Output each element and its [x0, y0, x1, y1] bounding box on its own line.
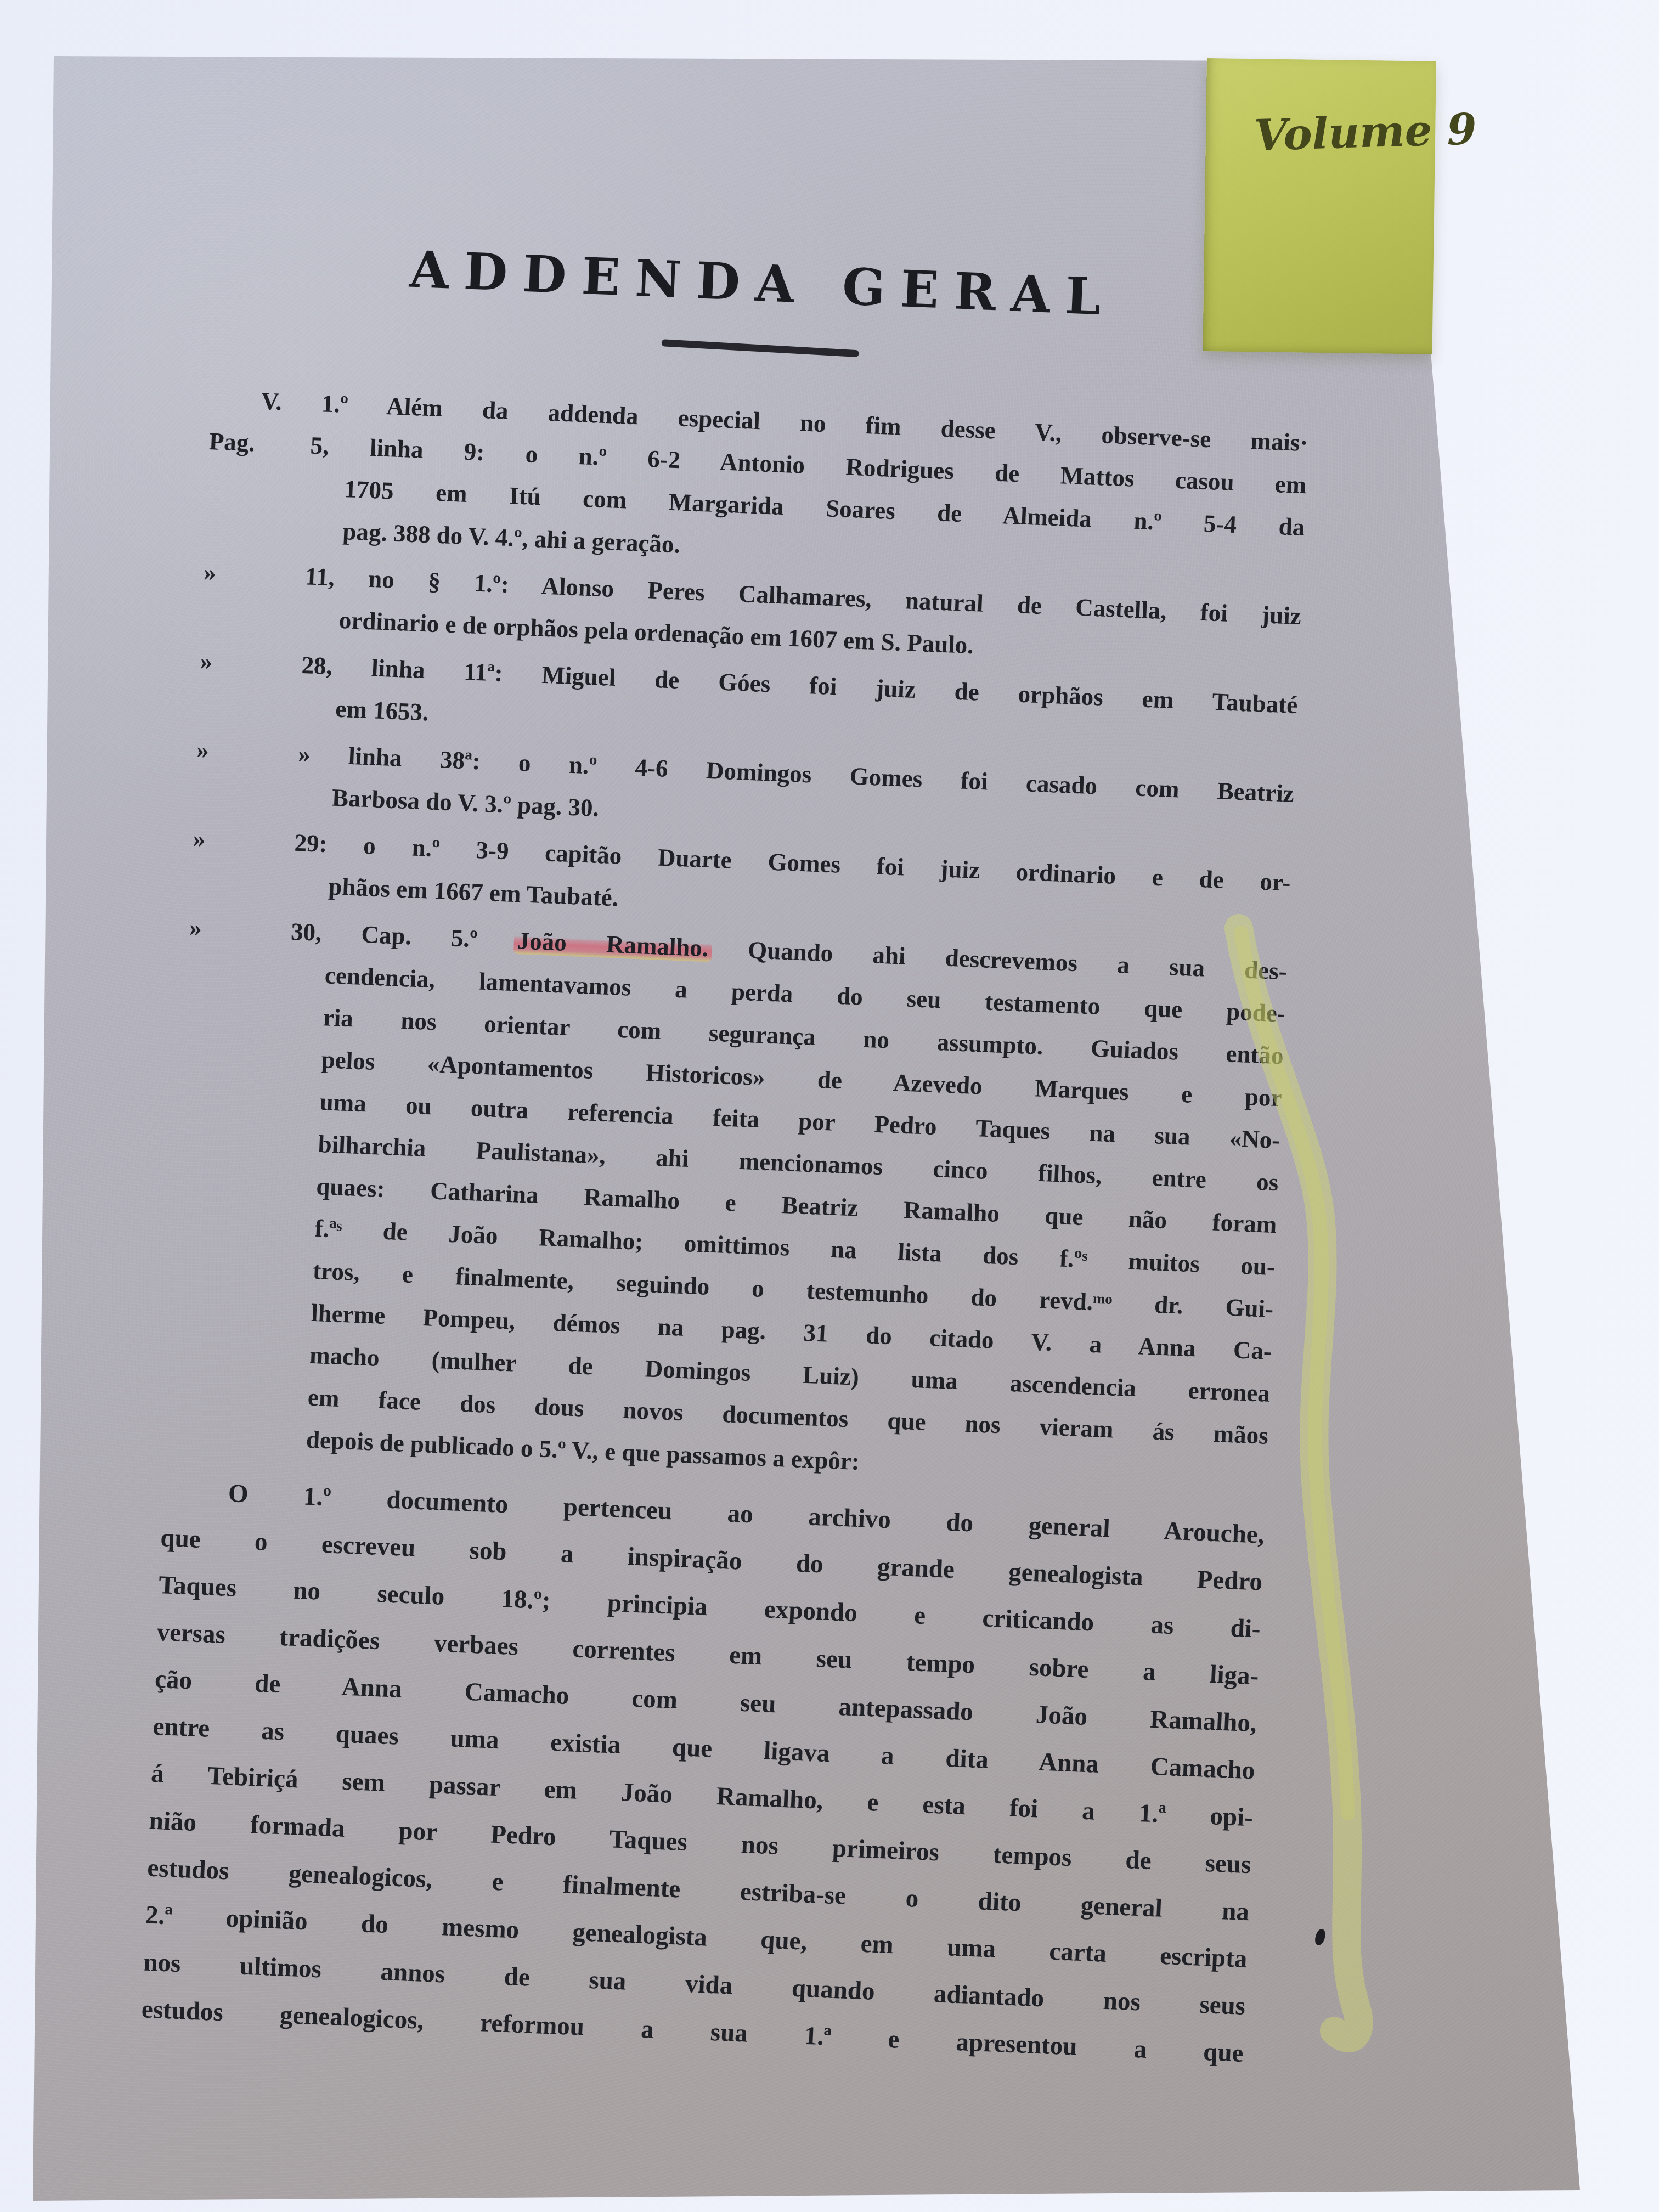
- entry-gutter: »: [190, 729, 299, 817]
- entry-body: 30, Cap. 5.º João Ramalho. Quando ahi de…: [270, 911, 1288, 1499]
- entry-gutter: Pag.: [200, 420, 311, 551]
- highlight-joao-ramalho: João Ramalho.: [513, 927, 712, 962]
- entry-gutter: »: [197, 551, 306, 640]
- photo-background: { "note": { "text": "Volume 9" }, "color…: [0, 0, 1659, 2212]
- sticky-note[interactable]: Volume 9: [1203, 58, 1436, 354]
- text-segment: 30, Cap. 5.º: [290, 918, 518, 955]
- handwritten-note-text: Volume 9: [1254, 104, 1477, 161]
- entry-gutter: »: [186, 817, 295, 906]
- paragraph-documento: O 1.º documento pertenceu ao archivo do …: [140, 1467, 1265, 2077]
- ink-speck: [1313, 1928, 1327, 1946]
- printed-text-block: ADDENDA GERAL V. 1.º Além da addenda esp…: [140, 208, 1316, 2077]
- entry-row: » 30, Cap. 5.º João Ramalho. Quando ahi …: [164, 906, 1288, 1499]
- entry-gutter: »: [193, 640, 302, 729]
- page-title: ADDENDA GERAL: [211, 232, 1315, 335]
- title-rule: [661, 339, 859, 357]
- addenda-entries: Pag. 5, linha 9: o n.º 6-2 Antonio Rodri…: [164, 420, 1307, 1499]
